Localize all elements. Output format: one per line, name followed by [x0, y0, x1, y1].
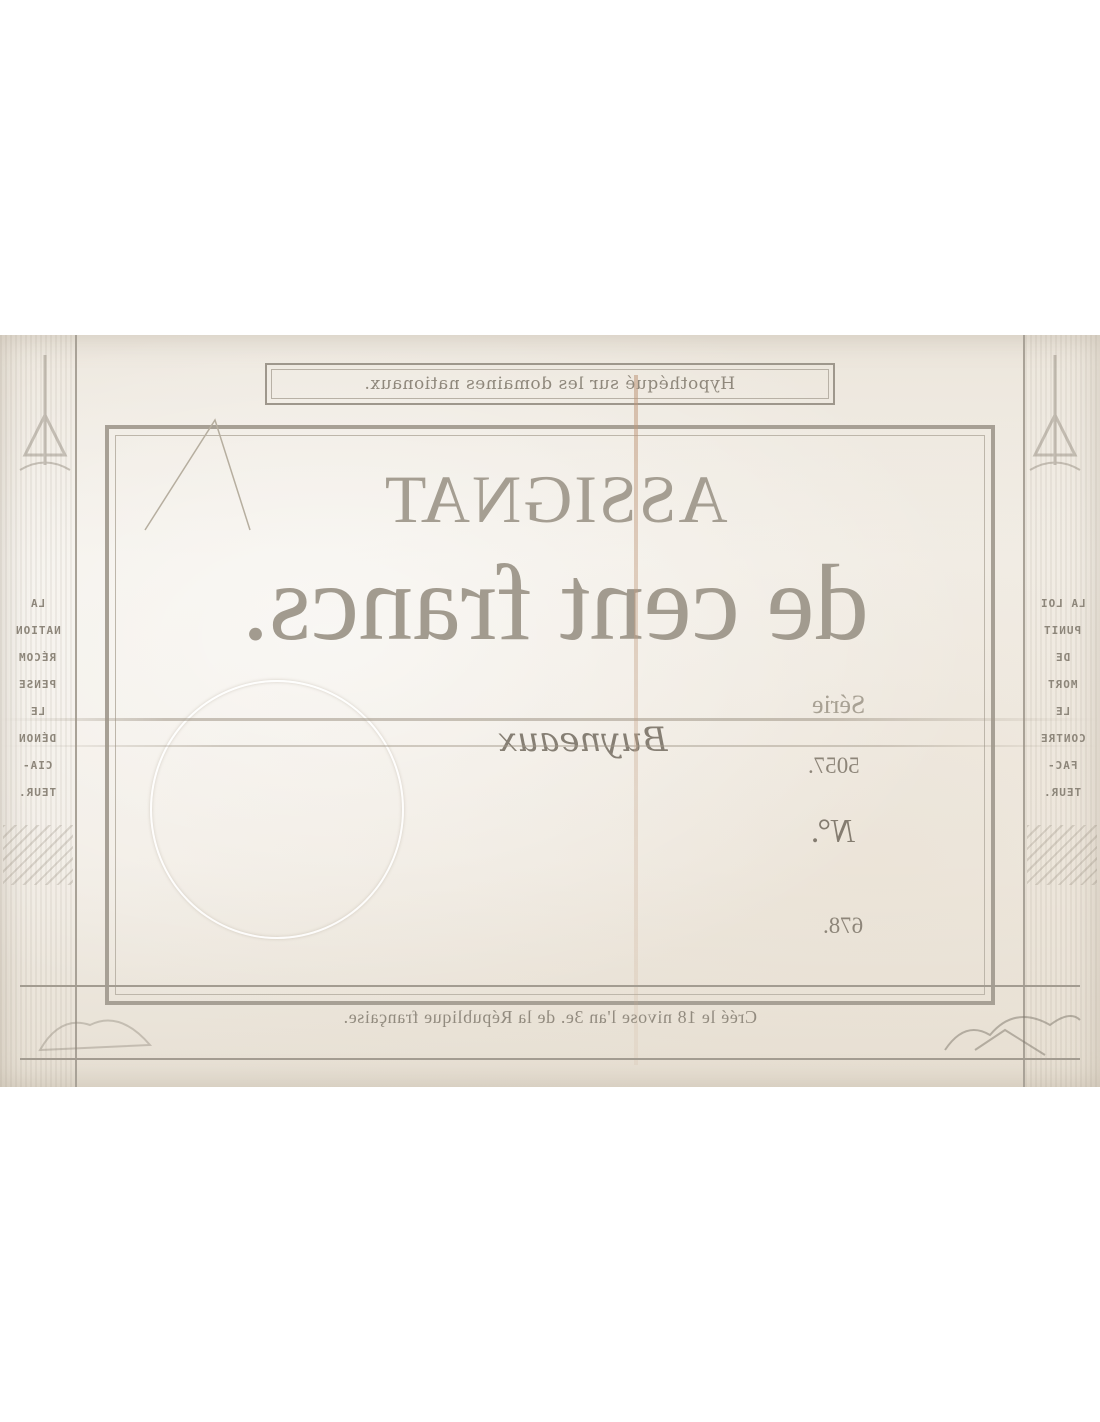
creation-date-text: Créé le 18 nivose l'an 3e. de la Républi…: [200, 1007, 900, 1028]
title-assignat: ASSIGNAT: [340, 460, 770, 539]
number-label: N°.: [810, 813, 855, 851]
left-col-line: PENSE: [18, 671, 56, 698]
right-col-line: TEUR.: [1043, 779, 1081, 806]
left-col-line: TEUR.: [18, 779, 56, 806]
vertical-stain: [634, 375, 638, 1065]
left-col-line: LA: [30, 590, 45, 617]
right-col-line: LA LOI: [1040, 590, 1086, 617]
top-banner-text: Hypothéqué sur les domaines nationaux.: [364, 374, 735, 394]
right-ornament-band: [1027, 825, 1097, 885]
serie-number: 5057.: [808, 753, 860, 779]
liberty-cap-pike-icon: [1010, 345, 1100, 485]
right-col-line: FAC-: [1047, 752, 1078, 779]
left-col-line: RÉCOM: [18, 644, 56, 671]
right-col-line: DE: [1055, 644, 1070, 671]
right-col-line: CONTRE: [1040, 725, 1086, 752]
denomination-text: de cent francs.: [115, 550, 995, 658]
pencil-mark: [140, 415, 280, 535]
right-col-line: MORT: [1047, 671, 1078, 698]
left-col-line: NATION: [15, 617, 61, 644]
right-col-line: PUNIT: [1043, 617, 1081, 644]
horizontal-fold: [0, 745, 1100, 747]
left-ornament-band: [3, 825, 73, 885]
liberty-cap-pike-icon: [0, 345, 90, 485]
top-banner: Hypothéqué sur les domaines nationaux.: [265, 363, 835, 405]
right-column-text: LA LOI PUNIT DE MORT LE CONTRE FAC- TEUR…: [1025, 590, 1100, 806]
left-column-text: LA NATION RÉCOM PENSE LE DÉNON CIA- TEUR…: [0, 590, 75, 806]
reclining-figure-icon: [20, 995, 170, 1060]
hercules-hydra-icon: [935, 995, 1090, 1060]
signature: Buyneaux: [498, 720, 667, 760]
left-col-line: CIA-: [22, 752, 53, 779]
assignat-banknote: LA NATION RÉCOM PENSE LE DÉNON CIA- TEUR…: [0, 335, 1100, 1087]
serie-label: Série: [812, 690, 865, 720]
horizontal-fold: [0, 718, 1100, 721]
number-value: 678.: [823, 913, 863, 939]
left-col-line: DÉNON: [18, 725, 56, 752]
